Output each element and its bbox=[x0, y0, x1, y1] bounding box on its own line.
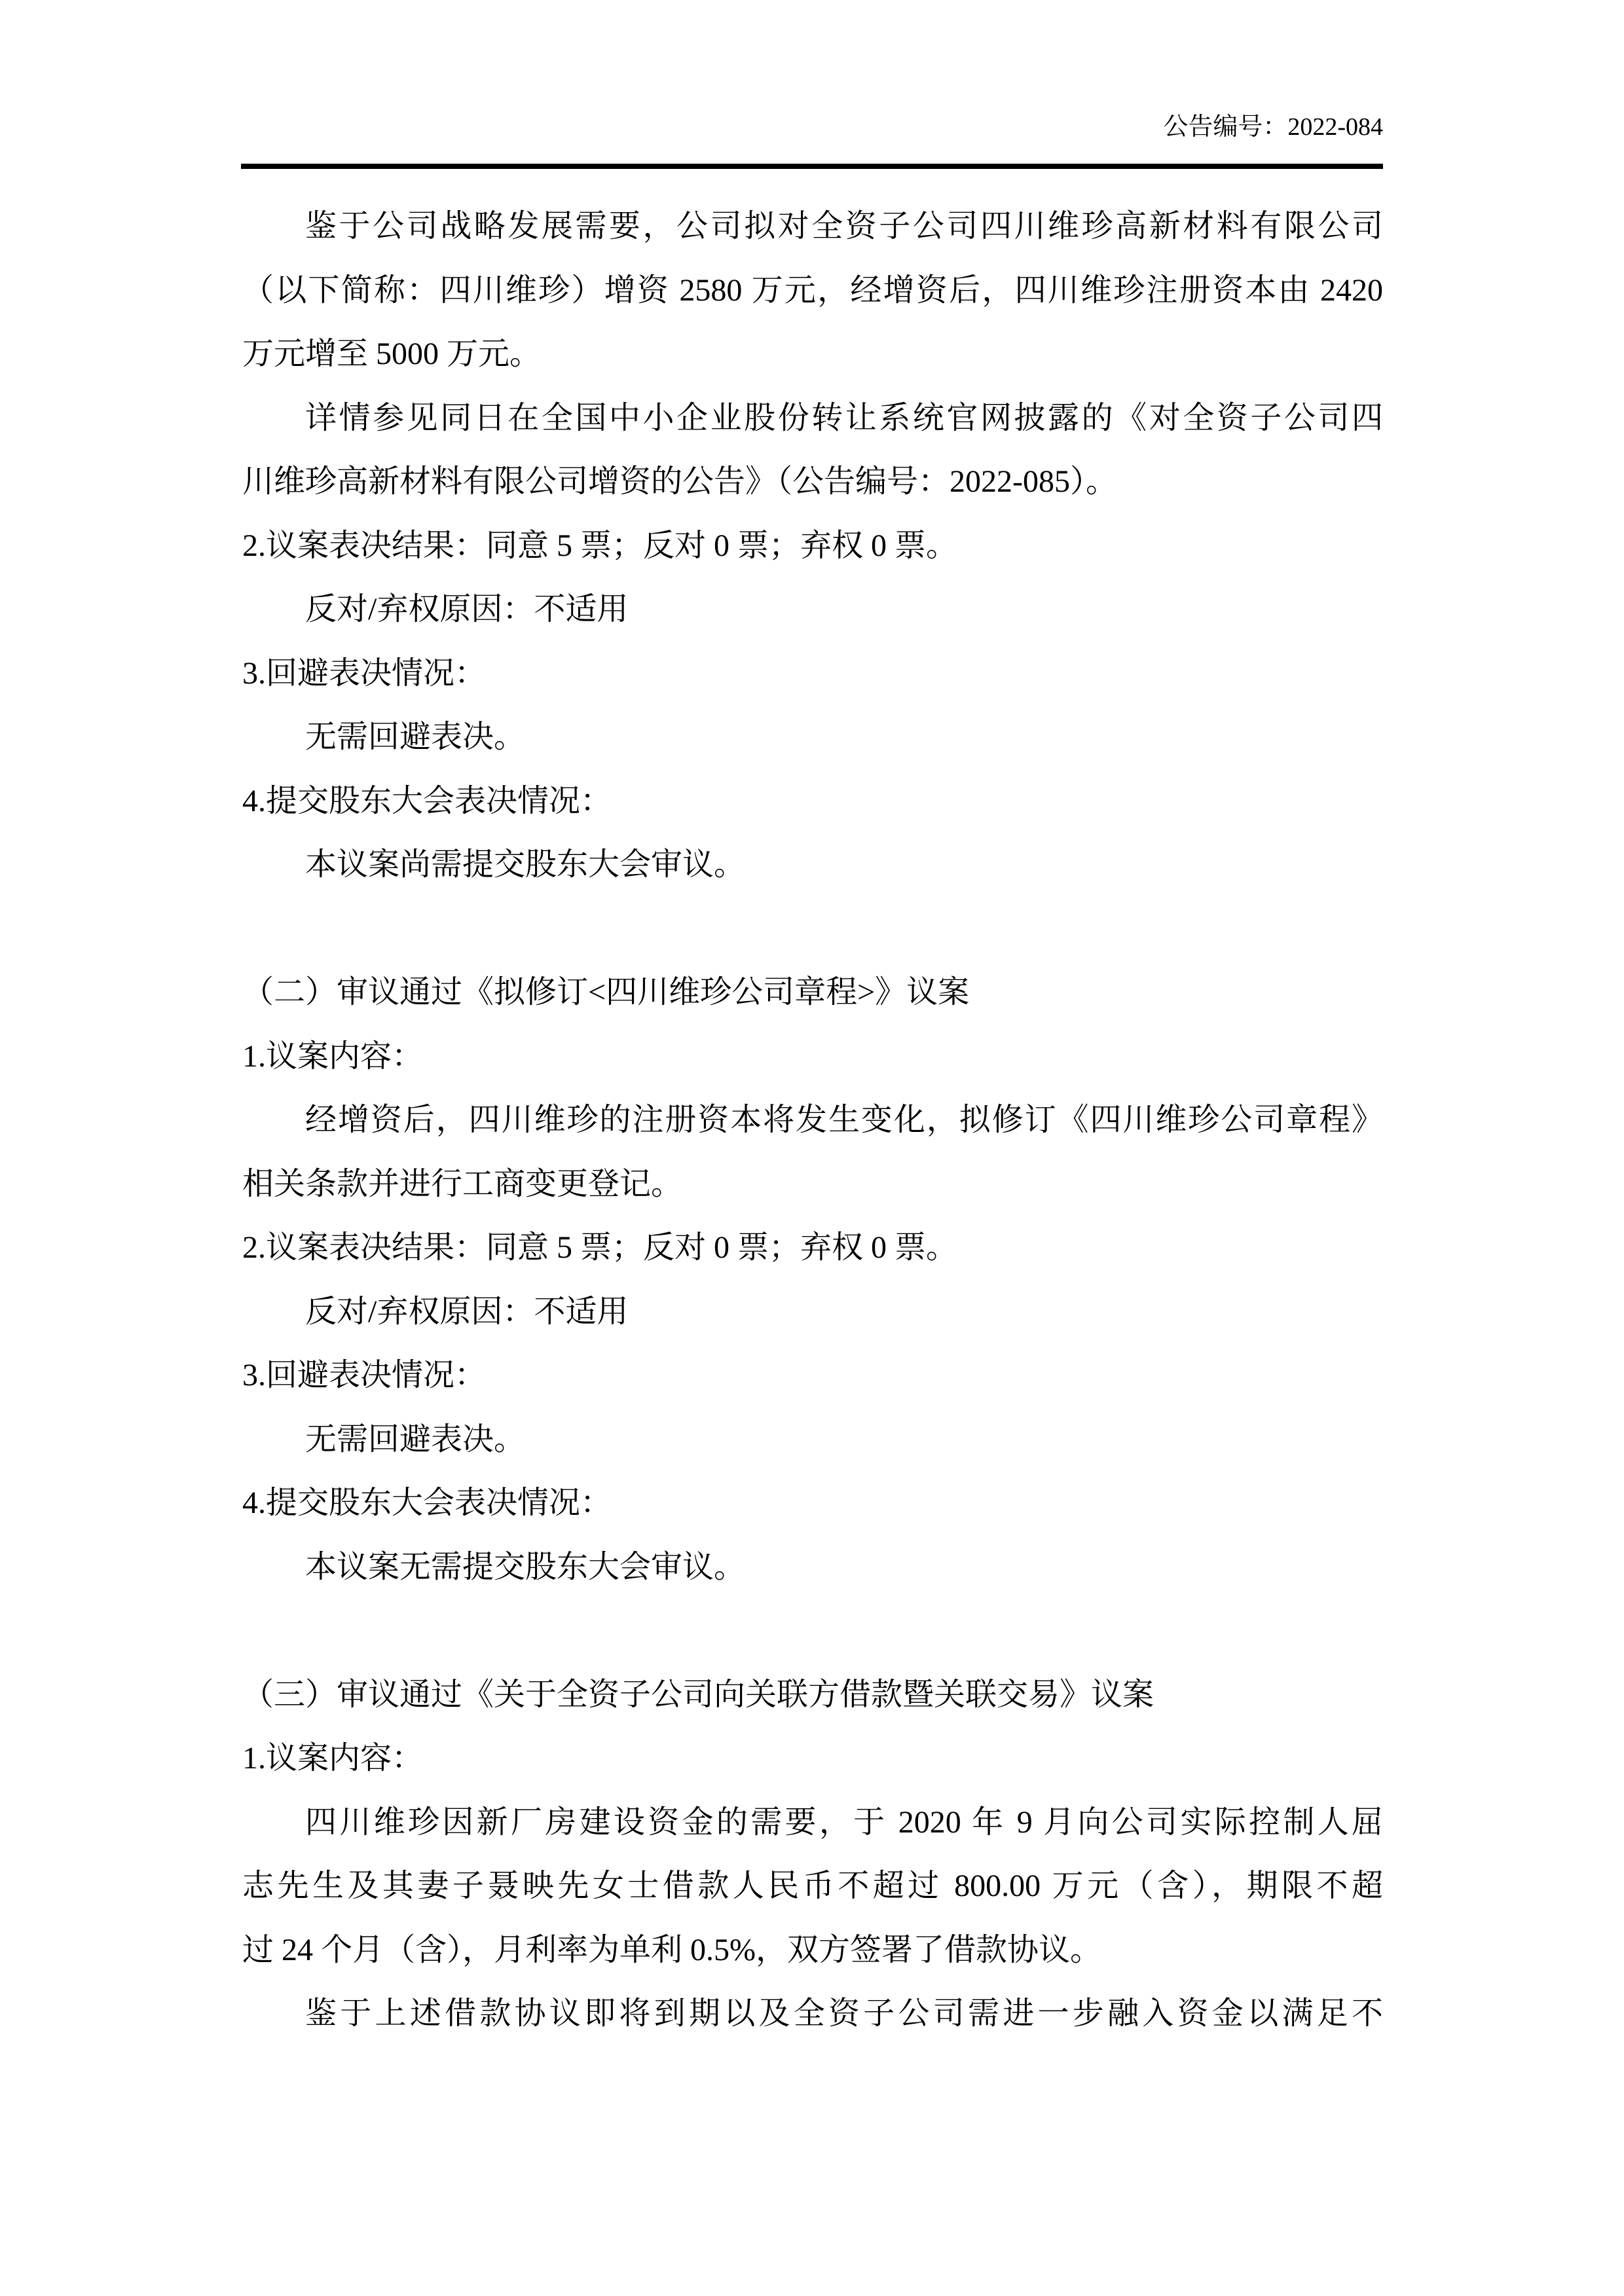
text-line: 本议案尚需提交股东大会审议。 bbox=[242, 833, 1383, 897]
blank-line bbox=[242, 1599, 1383, 1663]
text-line: 4.提交股东大会表决情况： bbox=[242, 1471, 1383, 1535]
text-line: 过 24 个月（含），月利率为单利 0.5%，双方签署了借款协议。 bbox=[242, 1918, 1383, 1982]
text-line: 经增资后，四川维珍的注册资本将发生变化，拟修订《四川维珍公司章程》 bbox=[242, 1088, 1383, 1152]
text-line: 无需回避表决。 bbox=[242, 1408, 1383, 1472]
text-line: 3.回避表决情况： bbox=[242, 1343, 1383, 1408]
text-line: 2.议案表决结果：同意 5 票；反对 0 票；弃权 0 票。 bbox=[242, 1216, 1383, 1280]
text-line: 志先生及其妻子聂映先女士借款人民币不超过 800.00 万元（含），期限不超 bbox=[242, 1854, 1383, 1918]
document-body: 鉴于公司战略发展需要，公司拟对全资子公司四川维珍高新材料有限公司（以下简称：四川… bbox=[242, 194, 1383, 2046]
text-line: （以下简称：四川维珍）增资 2580 万元，经增资后，四川维珍注册资本由 242… bbox=[242, 259, 1383, 323]
text-line: 鉴于上述借款协议即将到期以及全资子公司需进一步融入资金以满足不 bbox=[242, 1982, 1383, 2046]
text-line: 1.议案内容： bbox=[242, 1726, 1383, 1791]
document-page: 公告编号：2022-084 鉴于公司战略发展需要，公司拟对全资子公司四川维珍高新… bbox=[0, 0, 1624, 2296]
text-line: 详情参见同日在全国中小企业股份转让系统官网披露的《对全资子公司四 bbox=[242, 386, 1383, 450]
text-line: 4.提交股东大会表决情况： bbox=[242, 769, 1383, 833]
text-line: 1.议案内容： bbox=[242, 1025, 1383, 1089]
text-line: 相关条款并进行工商变更登记。 bbox=[242, 1152, 1383, 1216]
text-line: （二）审议通过《拟修订<四川维珍公司章程>》议案 bbox=[242, 960, 1383, 1025]
text-line: 2.议案表决结果：同意 5 票；反对 0 票；弃权 0 票。 bbox=[242, 514, 1383, 578]
text-line: 反对/弃权原因：不适用 bbox=[242, 1280, 1383, 1344]
text-line: 鉴于公司战略发展需要，公司拟对全资子公司四川维珍高新材料有限公司 bbox=[242, 194, 1383, 259]
text-line: （三）审议通过《关于全资子公司向关联方借款暨关联交易》议案 bbox=[242, 1663, 1383, 1727]
text-line: 四川维珍因新厂房建设资金的需要，于 2020 年 9 月向公司实际控制人屈 bbox=[242, 1791, 1383, 1855]
text-line: 3.回避表决情况： bbox=[242, 642, 1383, 706]
text-line: 无需回避表决。 bbox=[242, 705, 1383, 769]
text-line: 川维珍高新材料有限公司增资的公告》（公告编号：2022-085）。 bbox=[242, 450, 1383, 514]
header-divider bbox=[241, 164, 1383, 169]
text-line: 反对/弃权原因：不适用 bbox=[242, 577, 1383, 642]
text-line: 本议案无需提交股东大会审议。 bbox=[242, 1535, 1383, 1599]
announcement-number: 公告编号：2022-084 bbox=[242, 111, 1383, 143]
text-line: 万元增至 5000 万元。 bbox=[242, 322, 1383, 386]
blank-line bbox=[242, 897, 1383, 961]
